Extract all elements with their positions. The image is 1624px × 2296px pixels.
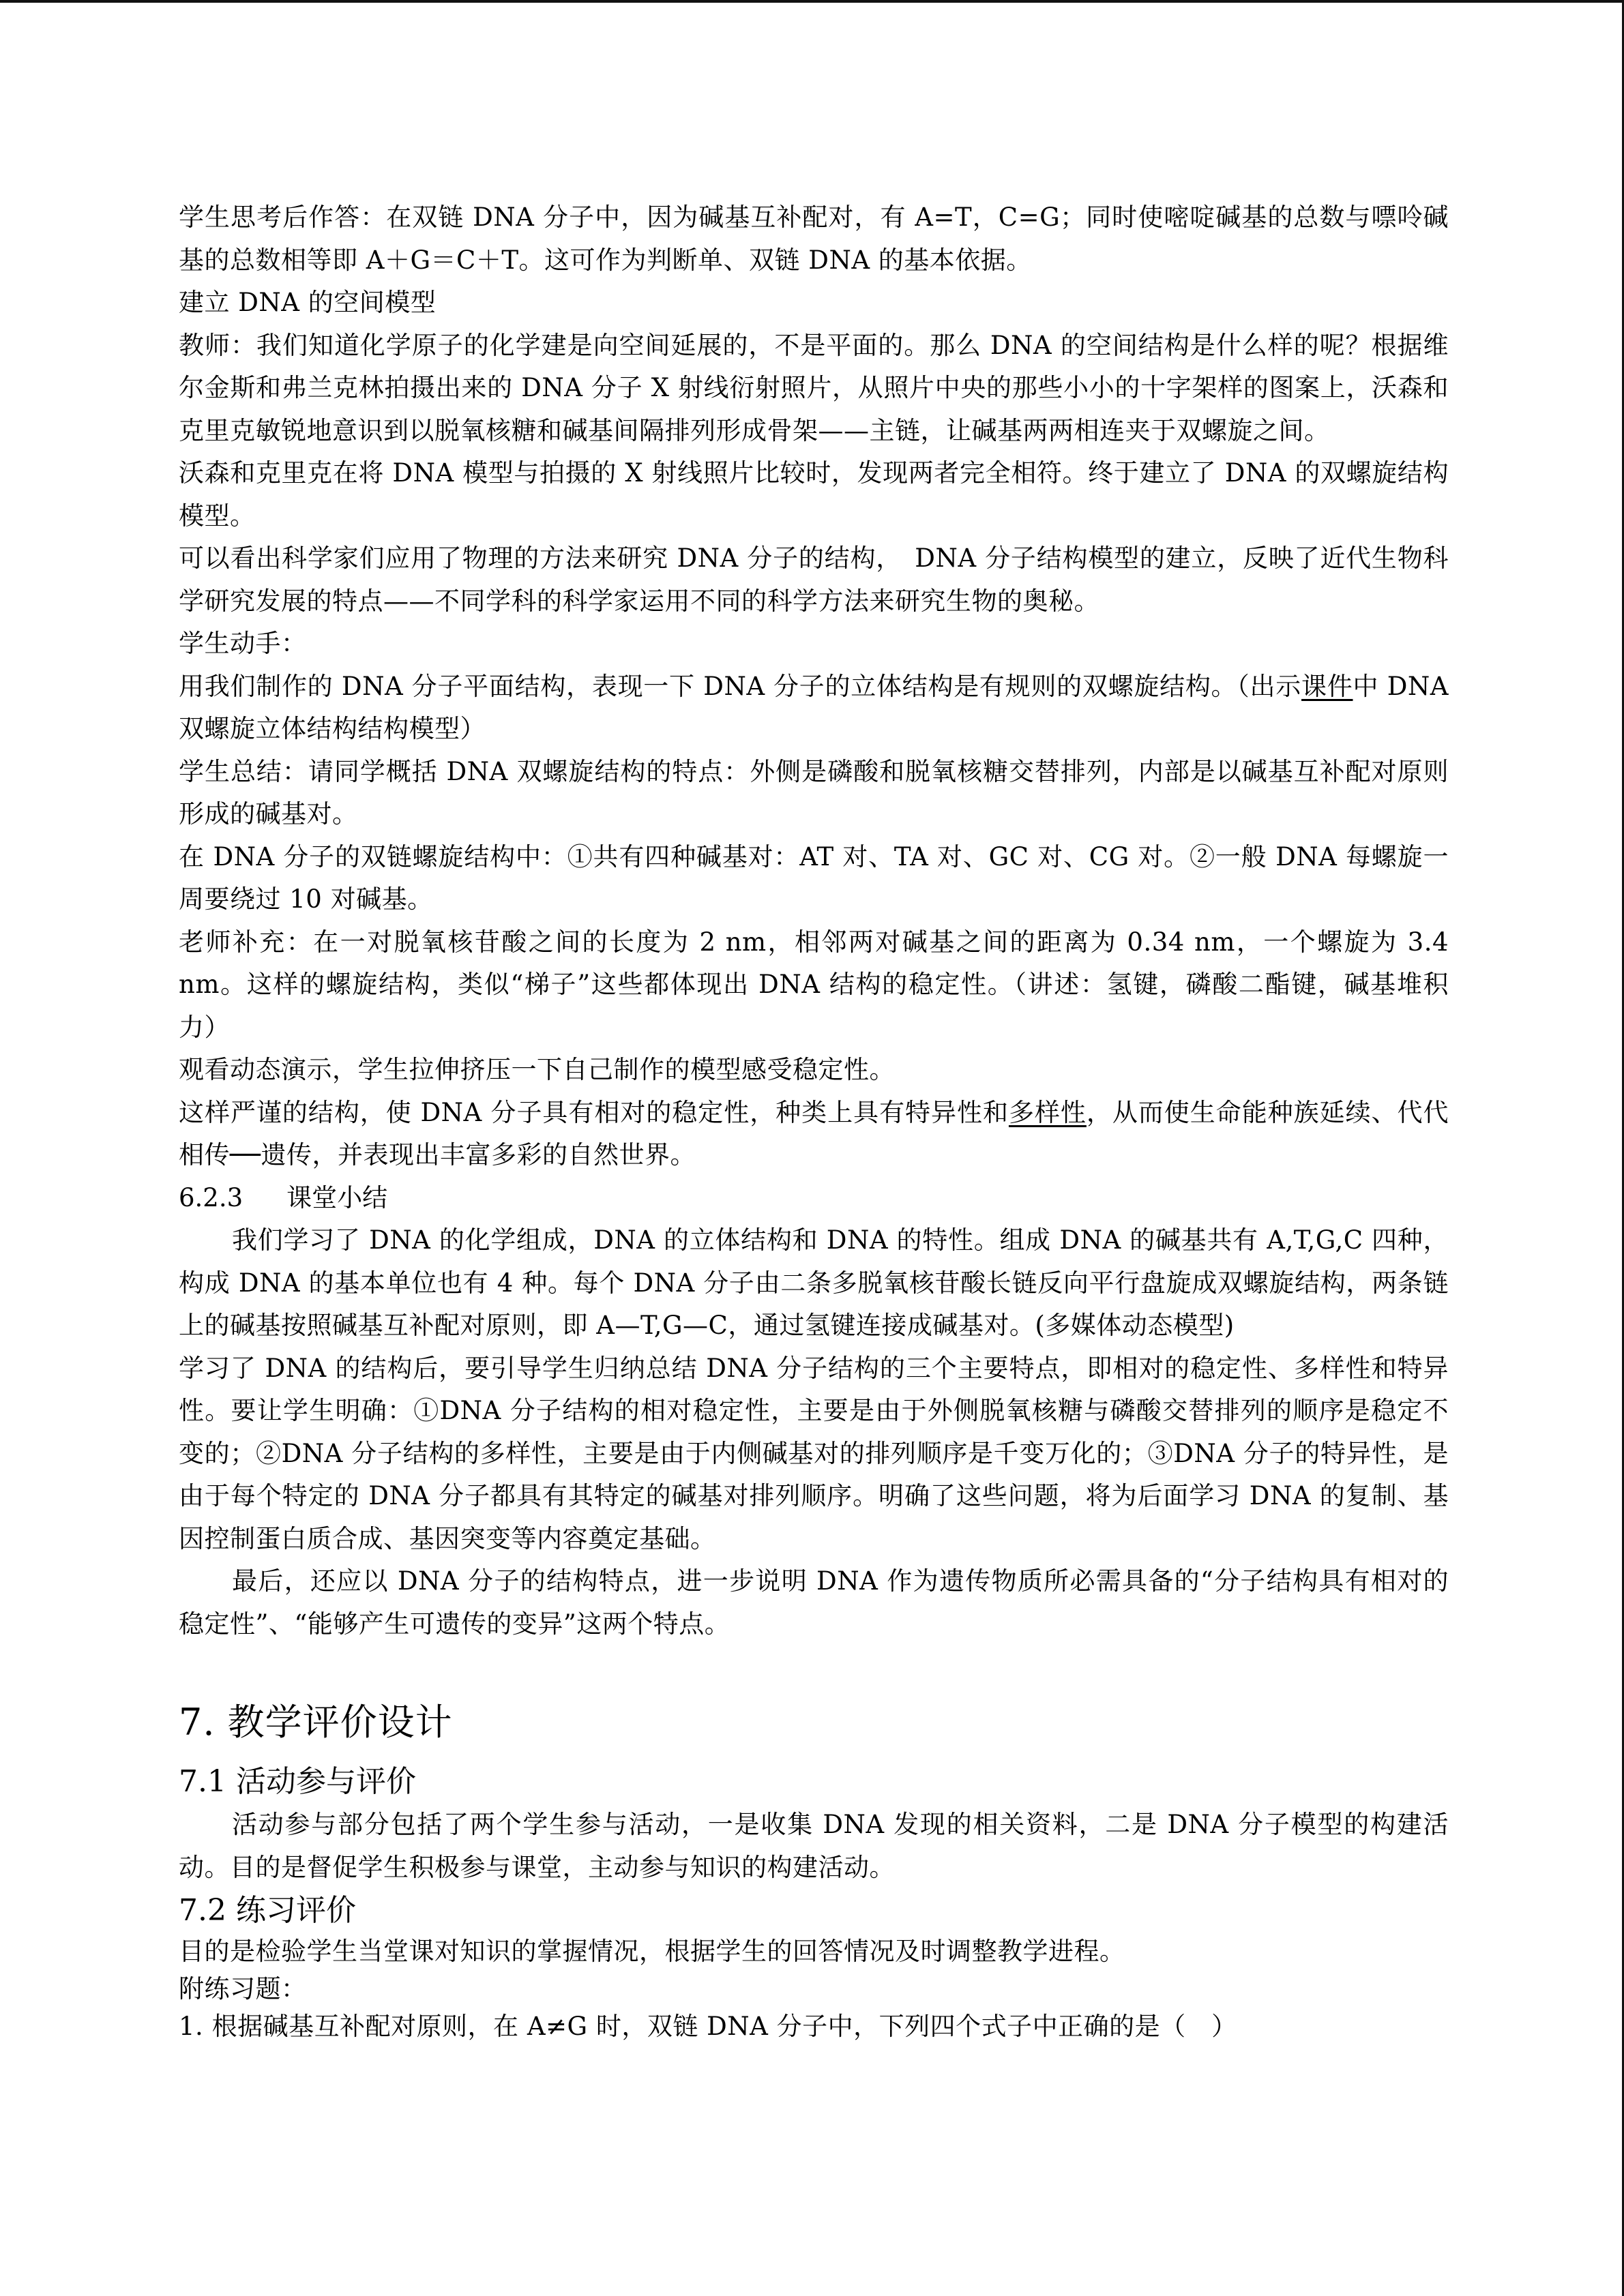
subheading-spatial-model: 建立 DNA 的空间模型 bbox=[179, 282, 1449, 325]
paragraph-teacher-supplement: 老师补充：在一对脱氧核苷酸之间的长度为 2 nm，相邻两对碱基之间的距离为 0.… bbox=[179, 921, 1449, 1049]
structure-text-before: 这样严谨的结构，使 DNA 分子具有相对的稳定性，种类上具有特异性和 bbox=[179, 1098, 1009, 1127]
paragraph-activity-participation: 活动参与部分包括了两个学生参与活动，一是收集 DNA 发现的相关资料，二是 DN… bbox=[179, 1804, 1449, 1889]
hands-on-text-before: 用我们制作的 DNA 分子平面结构，表现一下 DNA 分子的立体结构是有规则的双… bbox=[179, 672, 1301, 701]
section-heading-7-2: 7.2 练习评价 bbox=[179, 1889, 1449, 1933]
paragraph-physics-methods: 可以看出科学家们应用了物理的方法来研究 DNA 分子的结构， DNA 分子结构模… bbox=[179, 537, 1449, 623]
paragraph-structure-stability: 这样严谨的结构，使 DNA 分子具有相对的稳定性，种类上具有特异性和多样性，从而… bbox=[179, 1092, 1449, 1177]
exercise-question-1: 1. 根据碱基互补配对原则，在 A≠G 时，双链 DNA 分子中，下列四个式子中… bbox=[179, 2008, 1449, 2045]
paragraph-dynamic-demo: 观看动态演示，学生拉伸挤压一下自己制作的模型感受稳定性。 bbox=[179, 1049, 1449, 1092]
section-title: 课堂小结 bbox=[286, 1183, 387, 1212]
paragraph-watson-crick: 沃森和克里克在将 DNA 模型与拍摄的 X 射线照片比较时，发现两者完全相符。终… bbox=[179, 452, 1449, 537]
paragraph-teacher-xray: 教师：我们知道化学原子的化学建是向空间延展的，不是平面的。那么 DNA 的空间结… bbox=[179, 325, 1449, 453]
label-student-hands-on: 学生动手： bbox=[179, 623, 1449, 666]
paragraph-summary-final: 最后，还应以 DNA 分子的结构特点，进一步说明 DNA 作为遗传物质所必需具备… bbox=[179, 1560, 1449, 1645]
page-top-border bbox=[0, 0, 1624, 3]
paragraph-base-pairs: 在 DNA 分子的双链螺旋结构中：①共有四种碱基对：AT 对、TA 对、GC 对… bbox=[179, 836, 1449, 921]
document-body: 学生思考后作答：在双链 DNA 分子中，因为碱基互补配对，有 A=T，C=G；同… bbox=[179, 196, 1449, 2045]
paragraph-student-answer: 学生思考后作答：在双链 DNA 分子中，因为碱基互补配对，有 A=T，C=G；同… bbox=[179, 196, 1449, 282]
section-heading-6-2-3: 6.2.3课堂小结 bbox=[179, 1177, 1449, 1220]
section-number: 6.2.3 bbox=[179, 1183, 243, 1212]
diversity-link[interactable]: 多样性 bbox=[1009, 1098, 1087, 1127]
paragraph-hands-on: 用我们制作的 DNA 分子平面结构，表现一下 DNA 分子的立体结构是有规则的双… bbox=[179, 666, 1449, 751]
paragraph-student-summary: 学生总结：请同学概括 DNA 双螺旋结构的特点：外侧是磷酸和脱氧核糖交替排列，内… bbox=[179, 751, 1449, 836]
section-heading-7-1: 7.1 活动参与评价 bbox=[179, 1760, 1449, 1804]
paragraph-summary-composition: 我们学习了 DNA 的化学组成，DNA 的立体结构和 DNA 的特性。组成 DN… bbox=[179, 1219, 1449, 1347]
paragraph-exercise-purpose: 目的是检验学生当堂课对知识的掌握情况，根据学生的回答情况及时调整教学进程。 bbox=[179, 1933, 1449, 1970]
courseware-link[interactable]: 课件 bbox=[1301, 672, 1353, 701]
paragraph-summary-features: 学习了 DNA 的结构后，要引导学生归纳总结 DNA 分子结构的三个主要特点，即… bbox=[179, 1347, 1449, 1561]
label-exercises: 附练习题： bbox=[179, 1970, 1449, 2008]
section-heading-7: 7. 教学评价设计 bbox=[179, 1695, 1449, 1750]
